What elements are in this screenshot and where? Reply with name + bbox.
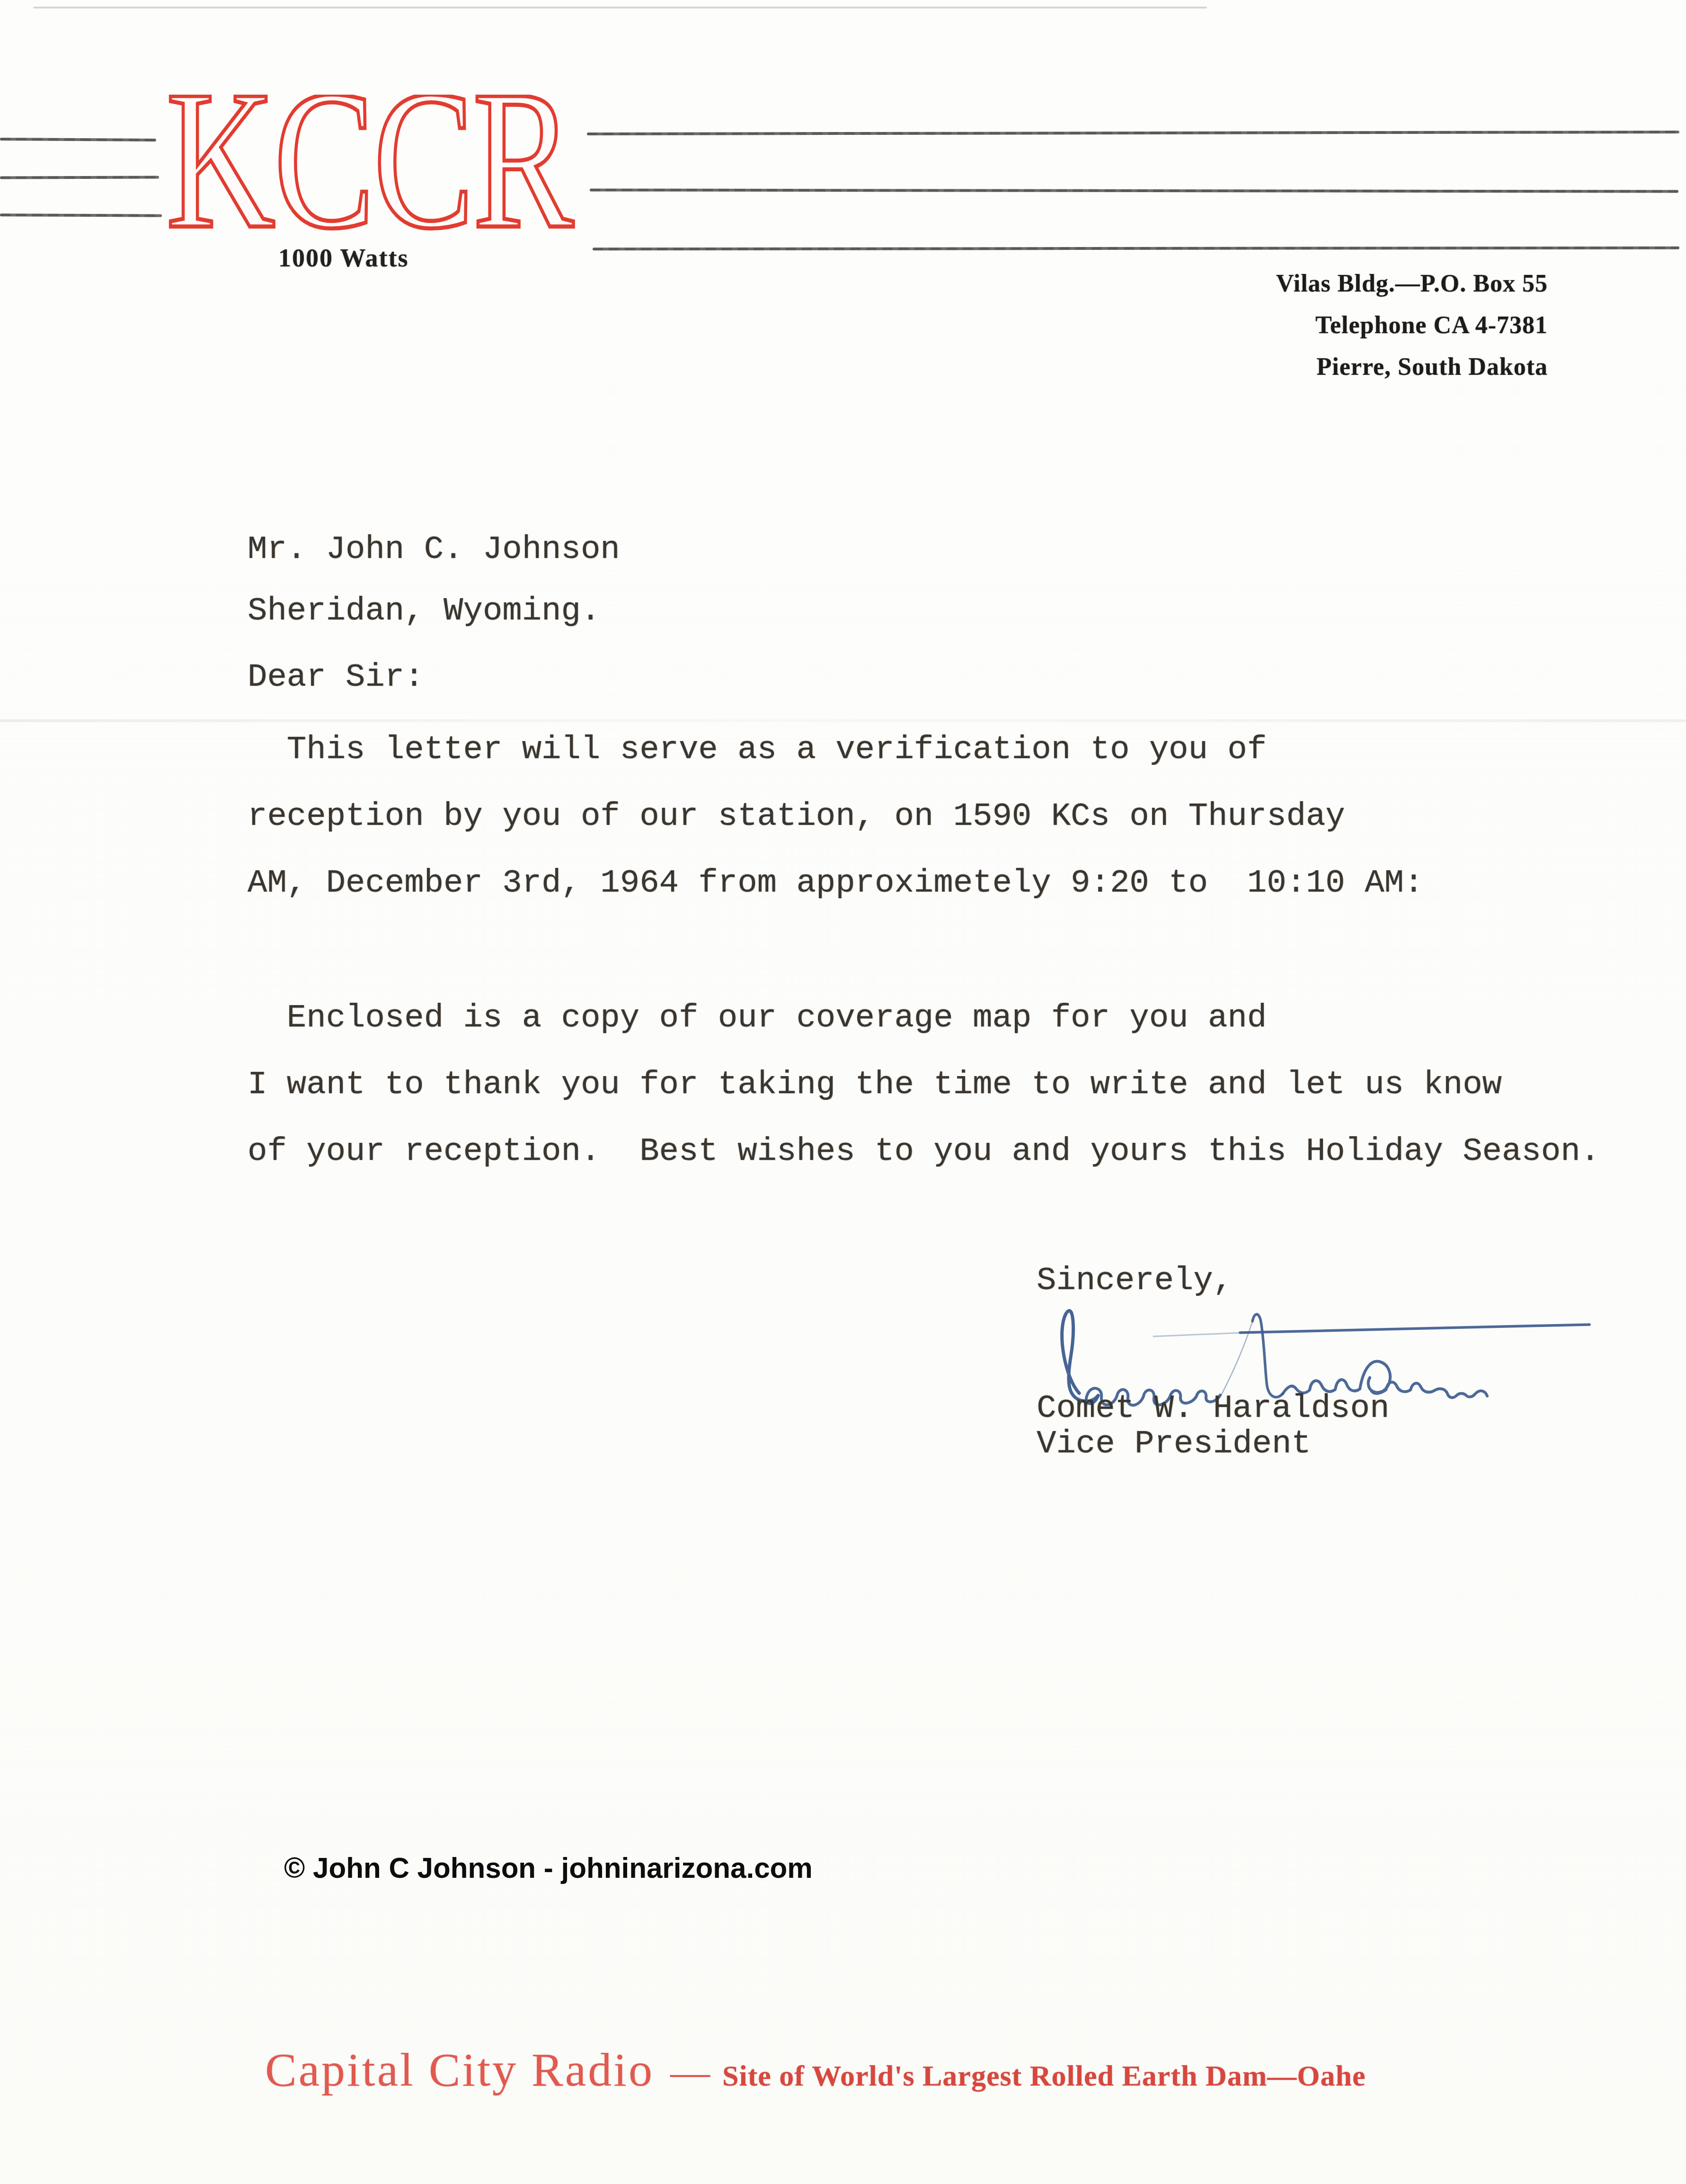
address-block: Vilas Bldg.—P.O. Box 55 Telephone CA 4-7… xyxy=(1276,263,1548,388)
closing: Sincerely, xyxy=(1037,1262,1233,1299)
paragraph2-line2: I want to thank you for taking the time … xyxy=(248,1066,1502,1103)
paragraph2-line1: Enclosed is a copy of our coverage map f… xyxy=(248,999,1267,1036)
copyright-watermark: © John C Johnson - johninarizona.com xyxy=(284,1851,813,1885)
paragraph1-line3: AM, December 3rd, 1964 from approximetel… xyxy=(248,865,1423,902)
salutation: Dear Sir: xyxy=(248,659,424,696)
paragraph1-line1: This letter will serve as a verification… xyxy=(248,731,1267,768)
letterhead-rule-left-2 xyxy=(0,176,159,179)
signer-title: Vice President xyxy=(1037,1425,1311,1462)
address-line-2: Telephone CA 4-7381 xyxy=(1276,305,1548,346)
station-power: 1000 Watts xyxy=(278,243,409,273)
signature-peak xyxy=(1252,1314,1283,1397)
letterhead-rule-right-3 xyxy=(593,247,1679,250)
paragraph2-line3: of your reception. Best wishes to you an… xyxy=(248,1133,1600,1170)
footer-tagline: Site of World's Largest Rolled Earth Dam… xyxy=(722,2060,1366,2093)
recipient-city: Sheridan, Wyoming. xyxy=(248,592,600,629)
footer-dash: — xyxy=(670,2050,706,2096)
footer-slogan: Capital City Radio — Site of World's Lar… xyxy=(265,2043,1366,2097)
signature-cross-stroke xyxy=(1240,1325,1589,1333)
scan-artifact-line xyxy=(33,7,1207,9)
letterhead-rule-left-3 xyxy=(0,213,162,217)
signer-name: Comet W. Haraldson xyxy=(1037,1390,1389,1427)
paper-crease xyxy=(0,719,1686,722)
letterhead-rule-right-2 xyxy=(590,188,1678,193)
letterhead-rule-left-1 xyxy=(0,138,156,141)
address-line-1: Vilas Bldg.—P.O. Box 55 xyxy=(1276,263,1548,305)
recipient-name: Mr. John C. Johnson xyxy=(248,531,620,568)
letter-page: KCCR 1000 Watts Vilas Bldg.—P.O. Box 55 … xyxy=(0,0,1686,2184)
paragraph1-line2: reception by you of our station, on 1590… xyxy=(248,798,1345,835)
address-line-3: Pierre, South Dakota xyxy=(1276,346,1548,388)
footer-brand: Capital City Radio xyxy=(265,2043,654,2097)
letterhead-rule-right-1 xyxy=(587,131,1679,135)
